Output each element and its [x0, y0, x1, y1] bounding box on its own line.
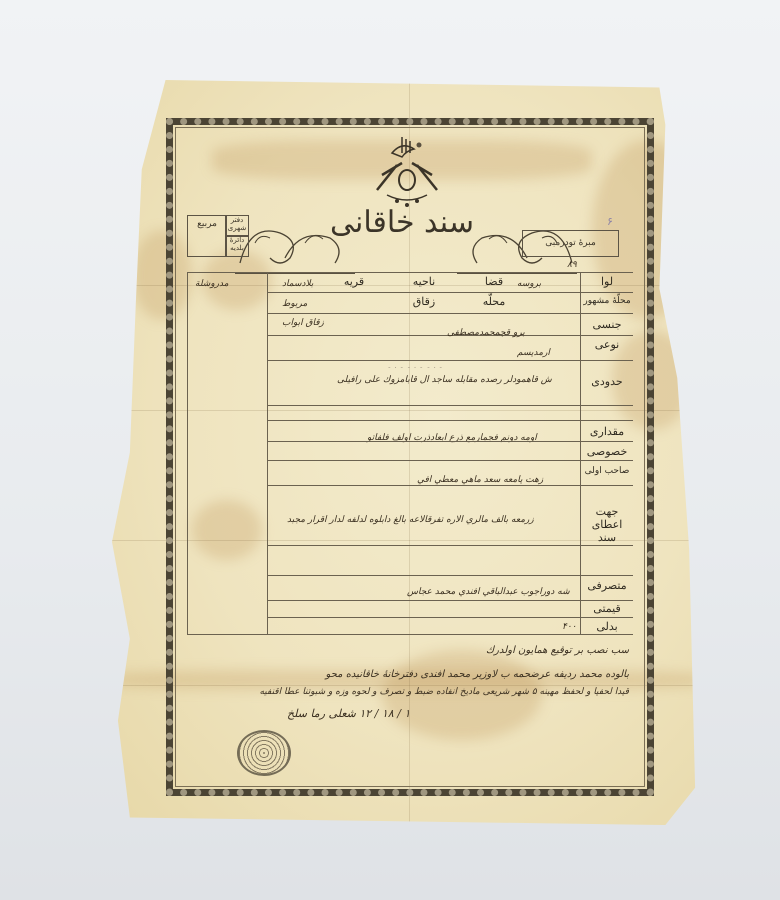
document-number: ۸۹ — [567, 260, 577, 270]
label-hususi: خصوصی — [583, 445, 631, 458]
header-box-label: دفتر شهری — [225, 215, 249, 237]
label-kaza: قضا — [470, 275, 518, 288]
grid-row — [267, 360, 633, 361]
grid-row — [267, 420, 633, 421]
label-cihet-itai-sened: جهت اعطای سند — [583, 505, 631, 544]
grid-row-location — [187, 272, 633, 273]
value-bedeli: ۴۰۰ — [562, 622, 577, 632]
value-hududu: ش قاهمودلر رصده مقابله ساجد ال قابامزوك … — [337, 375, 552, 385]
footer-line-3: قیدا لحفیا و لحفظ مهینه ۵ شهر شریعی مادی… — [259, 687, 629, 697]
grid-row — [267, 460, 633, 461]
header-box-value: مربیع — [188, 219, 226, 229]
label-mikdari: مقداری — [583, 425, 631, 438]
value-mutasarrifi: شه دوراجوب عبدالباقي افندي محمد عجاس — [407, 587, 570, 597]
value-liva: بروسه — [517, 279, 541, 289]
ink-seal-icon — [237, 730, 291, 776]
street-extra: زقاق ابواب — [282, 318, 324, 328]
label-zukak: زقاق — [400, 295, 448, 308]
header-box-label: دائرهٔ بلدیه — [225, 235, 249, 257]
value-karye: بلادسماد — [282, 279, 313, 289]
grid-row — [267, 405, 633, 406]
footer-line-2: بالوده محمد ردیفه عرضحمه ب لاوزیر محمد ا… — [326, 669, 629, 680]
grid-row — [267, 545, 633, 546]
grid-row — [187, 634, 633, 635]
label-cinsi: جنسی — [583, 318, 631, 331]
grid-row-street — [267, 292, 633, 293]
label-mutasarrifi: متصرفی — [583, 579, 631, 592]
value-sahib-evveli: زهت يامعه سعد ماهي معطي افي — [417, 475, 543, 485]
grid-row — [267, 485, 633, 486]
grid-vline — [580, 272, 581, 634]
grid-row — [267, 441, 633, 442]
label-hududu: حدودی — [583, 375, 631, 388]
grid-vline — [187, 272, 188, 634]
label-nevi: نوعی — [583, 338, 631, 351]
grid-row — [267, 600, 633, 601]
label-liva: لوا — [583, 275, 631, 288]
label-sahib-evveli: صاحب اولی — [583, 465, 631, 478]
label-karye: قریه — [330, 275, 378, 288]
document-title: سند خاقانی — [317, 205, 487, 240]
label-mahalle: محلّه — [470, 295, 518, 308]
value-zukak: مربوط — [282, 299, 307, 309]
grid-vline — [267, 272, 268, 634]
label-kiymeti: قیمتی — [583, 602, 631, 615]
value-nevi: ارمدیسم — [517, 348, 550, 358]
grid-row — [267, 617, 633, 618]
value-cinsi: برو قچمحمدمصطفی — [447, 328, 525, 338]
grid-row — [267, 575, 633, 576]
ornamental-border: سند خاقانی مربیع دفتر شهری دائرهٔ بلدیه … — [166, 118, 654, 796]
label-mahalle-meshur: محلّهٔ مشهور — [583, 295, 631, 308]
label-nahiye: ناحیه — [400, 275, 448, 288]
pencil-mark: ۶ — [607, 215, 613, 228]
grid-row — [267, 313, 633, 314]
footer-date-signature: ۱ / ۱۸ / ۱۲ شعلی رما سلخ — [287, 707, 410, 720]
label-bedeli: بدلی — [583, 620, 631, 633]
value-cihet-itai-sened: زرمعه بالف مالري الاره تفرقالاعه بالغ دا… — [287, 515, 534, 525]
pencil-annotation: ۔ . ۔ ۔ . ۔ ۔ . ۔ — [387, 361, 443, 370]
header-box-left: مربیع — [187, 215, 227, 257]
footer-line-1: سب نصب بر توقیع همایون اولدرك — [486, 645, 629, 656]
document-body: سند خاقانی مربیع دفتر شهری دائرهٔ بلدیه … — [187, 135, 633, 779]
location-note: مدروشلة — [195, 279, 229, 289]
header-box-right: مبرهٔ تودرمبی — [522, 230, 619, 257]
ottoman-coat-of-arms-icon — [357, 135, 457, 210]
